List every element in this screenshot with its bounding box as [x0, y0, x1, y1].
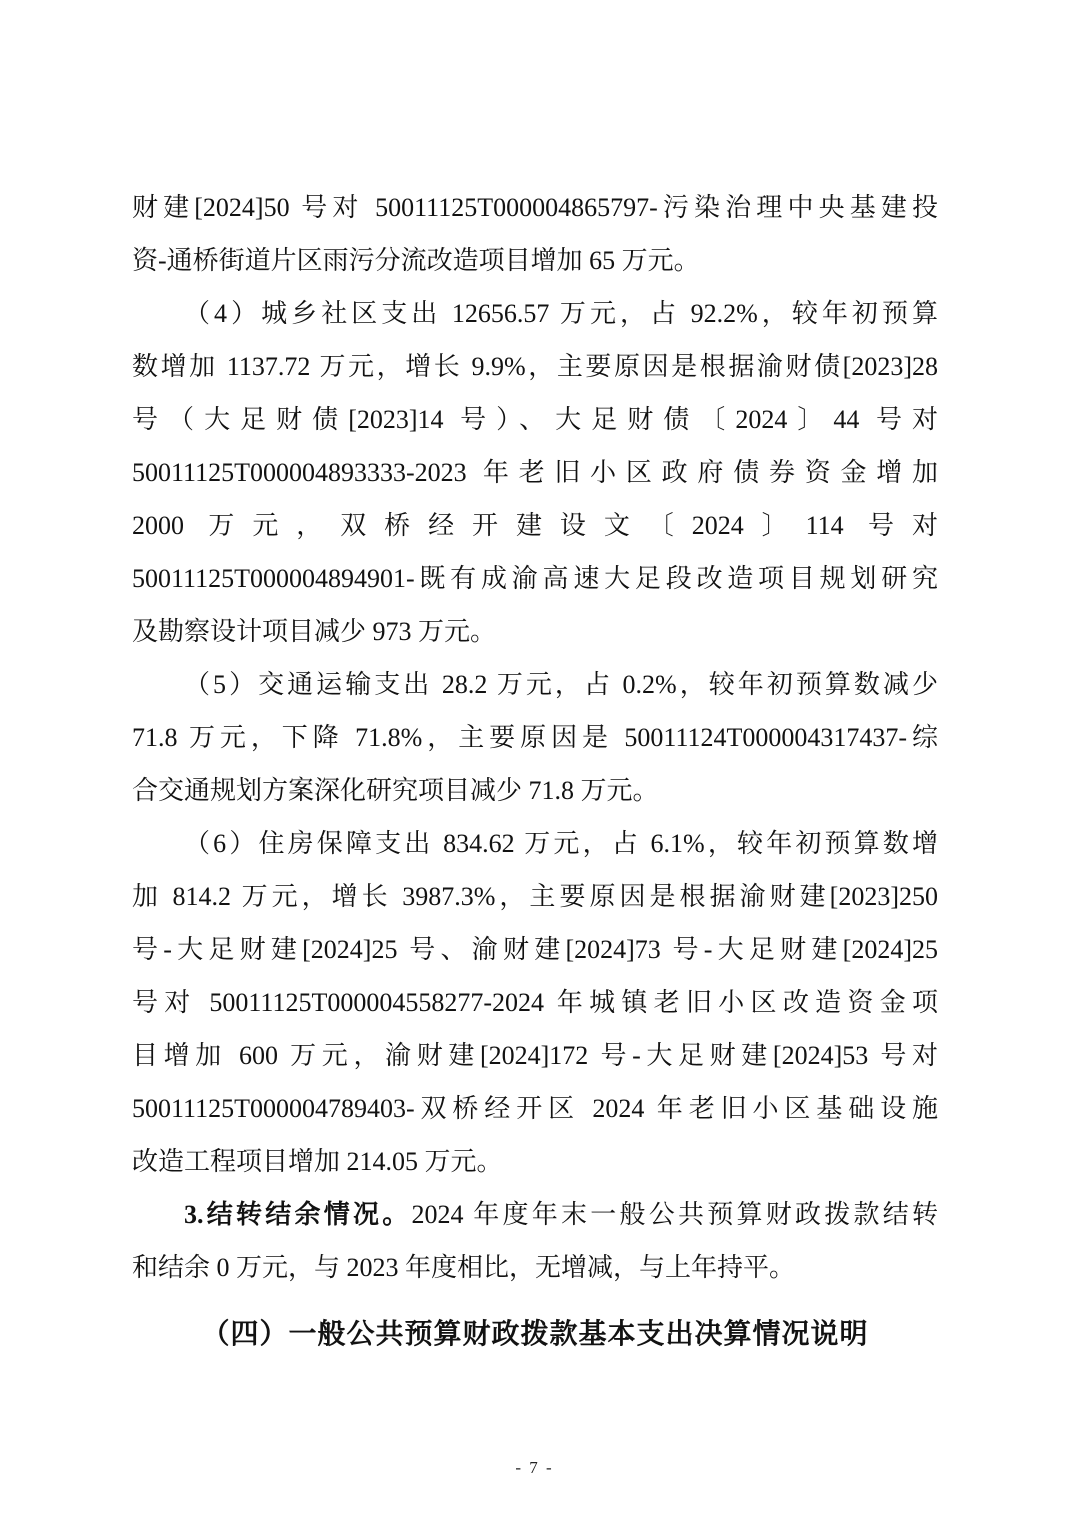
bold-text-run: （四）一般公共预算财政拨款基本支出决算情况说明 — [201, 1319, 868, 1350]
text-run: 和结余 0 万元，与 2023 年度相比，无增减，与上年持平。 — [132, 1253, 795, 1282]
text-line: 50011125T000004894901-既有成渝高速大足段改造项目规划研究 — [132, 552, 938, 605]
text-line: 50011125T000004893333-2023 年老旧小区政府债券资金增加 — [132, 446, 938, 499]
para-section4-heading: （四）一般公共预算财政拨款基本支出决算情况说明 — [132, 1308, 938, 1361]
text-line: 71.8 万元，下降 71.8%，主要原因是 50011124T00000431… — [132, 711, 938, 764]
text-run: 改造工程项目增加 214.05 万元。 — [132, 1147, 503, 1176]
text-line: 和结余 0 万元，与 2023 年度相比，无增减，与上年持平。 — [132, 1241, 938, 1294]
page-footer: - 7 - — [0, 1458, 1069, 1478]
text-run: 目增加 600 万元，渝财建[2024]172 号-大足财建[2024]53 号… — [132, 1041, 938, 1070]
text-run: 50011125T000004789403-双桥经开区 2024 年老旧小区基础… — [132, 1094, 938, 1123]
text-run: （4）城乡社区支出 12656.57 万元，占 92.2%，较年初预算 — [184, 299, 938, 328]
para-item5-transport: （5）交通运输支出 28.2 万元，占 0.2%，较年初预算数减少71.8 万元… — [132, 658, 938, 817]
text-line: 号-大足财建[2024]25 号、渝财建[2024]73 号-大足财建[2024… — [132, 923, 938, 976]
text-run: 2000 万元，双桥经开建设文〔2024〕114 号对 — [132, 511, 938, 540]
text-run: 资-通桥街道片区雨污分流改造项目增加 65 万元。 — [132, 246, 700, 275]
text-line: 号（大足财债[2023]14 号）、大足财债〔2024〕44 号对 — [132, 393, 938, 446]
text-line: 50011125T000004789403-双桥经开区 2024 年老旧小区基础… — [132, 1082, 938, 1135]
text-line: 3.结转结余情况。2024 年度年末一般公共预算财政拨款结转 — [132, 1188, 938, 1241]
text-line: （4）城乡社区支出 12656.57 万元，占 92.2%，较年初预算 — [132, 287, 938, 340]
document-page: 财建[2024]50 号对 50011125T000004865797-污染治理… — [0, 0, 1069, 1515]
document-body: 财建[2024]50 号对 50011125T000004865797-污染治理… — [132, 181, 938, 1361]
text-run: 数增加 1137.72 万元，增长 9.9%，主要原因是根据渝财债[2023]2… — [132, 352, 938, 381]
text-line: 2000 万元，双桥经开建设文〔2024〕114 号对 — [132, 499, 938, 552]
text-line: 资-通桥街道片区雨污分流改造项目增加 65 万元。 — [132, 234, 938, 287]
text-run: （6）住房保障支出 834.62 万元，占 6.1%，较年初预算数增 — [184, 829, 938, 858]
para-item3-continuation: 财建[2024]50 号对 50011125T000004865797-污染治理… — [132, 181, 938, 287]
text-run: 号-大足财建[2024]25 号、渝财建[2024]73 号-大足财建[2024… — [132, 935, 938, 964]
text-line: 数增加 1137.72 万元，增长 9.9%，主要原因是根据渝财债[2023]2… — [132, 340, 938, 393]
text-run: 加 814.2 万元，增长 3987.3%，主要原因是根据渝财建[2023]25… — [132, 882, 938, 911]
text-run: （5）交通运输支出 28.2 万元，占 0.2%，较年初预算数减少 — [184, 670, 938, 699]
text-run: 50011125T000004894901-既有成渝高速大足段改造项目规划研究 — [132, 564, 938, 593]
text-run: 号对 50011125T000004558277-2024 年城镇老旧小区改造资… — [132, 988, 938, 1017]
section-heading: （四）一般公共预算财政拨款基本支出决算情况说明 — [132, 1308, 938, 1361]
bold-text-run: 3.结转结余情况。 — [184, 1200, 412, 1229]
text-line: 及勘察设计项目减少 973 万元。 — [132, 605, 938, 658]
text-line: 改造工程项目增加 214.05 万元。 — [132, 1135, 938, 1188]
text-line: 号对 50011125T000004558277-2024 年城镇老旧小区改造资… — [132, 976, 938, 1029]
text-run: 号（大足财债[2023]14 号）、大足财债〔2024〕44 号对 — [132, 405, 938, 434]
text-run: 及勘察设计项目减少 973 万元。 — [132, 617, 496, 646]
text-line: 财建[2024]50 号对 50011125T000004865797-污染治理… — [132, 181, 938, 234]
para-item3-carryover: 3.结转结余情况。2024 年度年末一般公共预算财政拨款结转和结余 0 万元，与… — [132, 1188, 938, 1294]
text-run: 财建[2024]50 号对 50011125T000004865797-污染治理… — [132, 193, 938, 222]
para-item4-urban-community: （4）城乡社区支出 12656.57 万元，占 92.2%，较年初预算数增加 1… — [132, 287, 938, 658]
text-line: 加 814.2 万元，增长 3987.3%，主要原因是根据渝财建[2023]25… — [132, 870, 938, 923]
text-run: 合交通规划方案深化研究项目减少 71.8 万元。 — [132, 776, 659, 805]
text-line: 合交通规划方案深化研究项目减少 71.8 万元。 — [132, 764, 938, 817]
para-item6-housing: （6）住房保障支出 834.62 万元，占 6.1%，较年初预算数增加 814.… — [132, 817, 938, 1188]
page-number: - 7 - — [515, 1458, 553, 1477]
text-run: 71.8 万元，下降 71.8%，主要原因是 50011124T00000431… — [132, 723, 938, 752]
text-run: 2024 年度年末一般公共预算财政拨款结转 — [412, 1200, 938, 1229]
text-run: 50011125T000004893333-2023 年老旧小区政府债券资金增加 — [132, 458, 938, 487]
text-line: （6）住房保障支出 834.62 万元，占 6.1%，较年初预算数增 — [132, 817, 938, 870]
text-line: （5）交通运输支出 28.2 万元，占 0.2%，较年初预算数减少 — [132, 658, 938, 711]
text-line: 目增加 600 万元，渝财建[2024]172 号-大足财建[2024]53 号… — [132, 1029, 938, 1082]
